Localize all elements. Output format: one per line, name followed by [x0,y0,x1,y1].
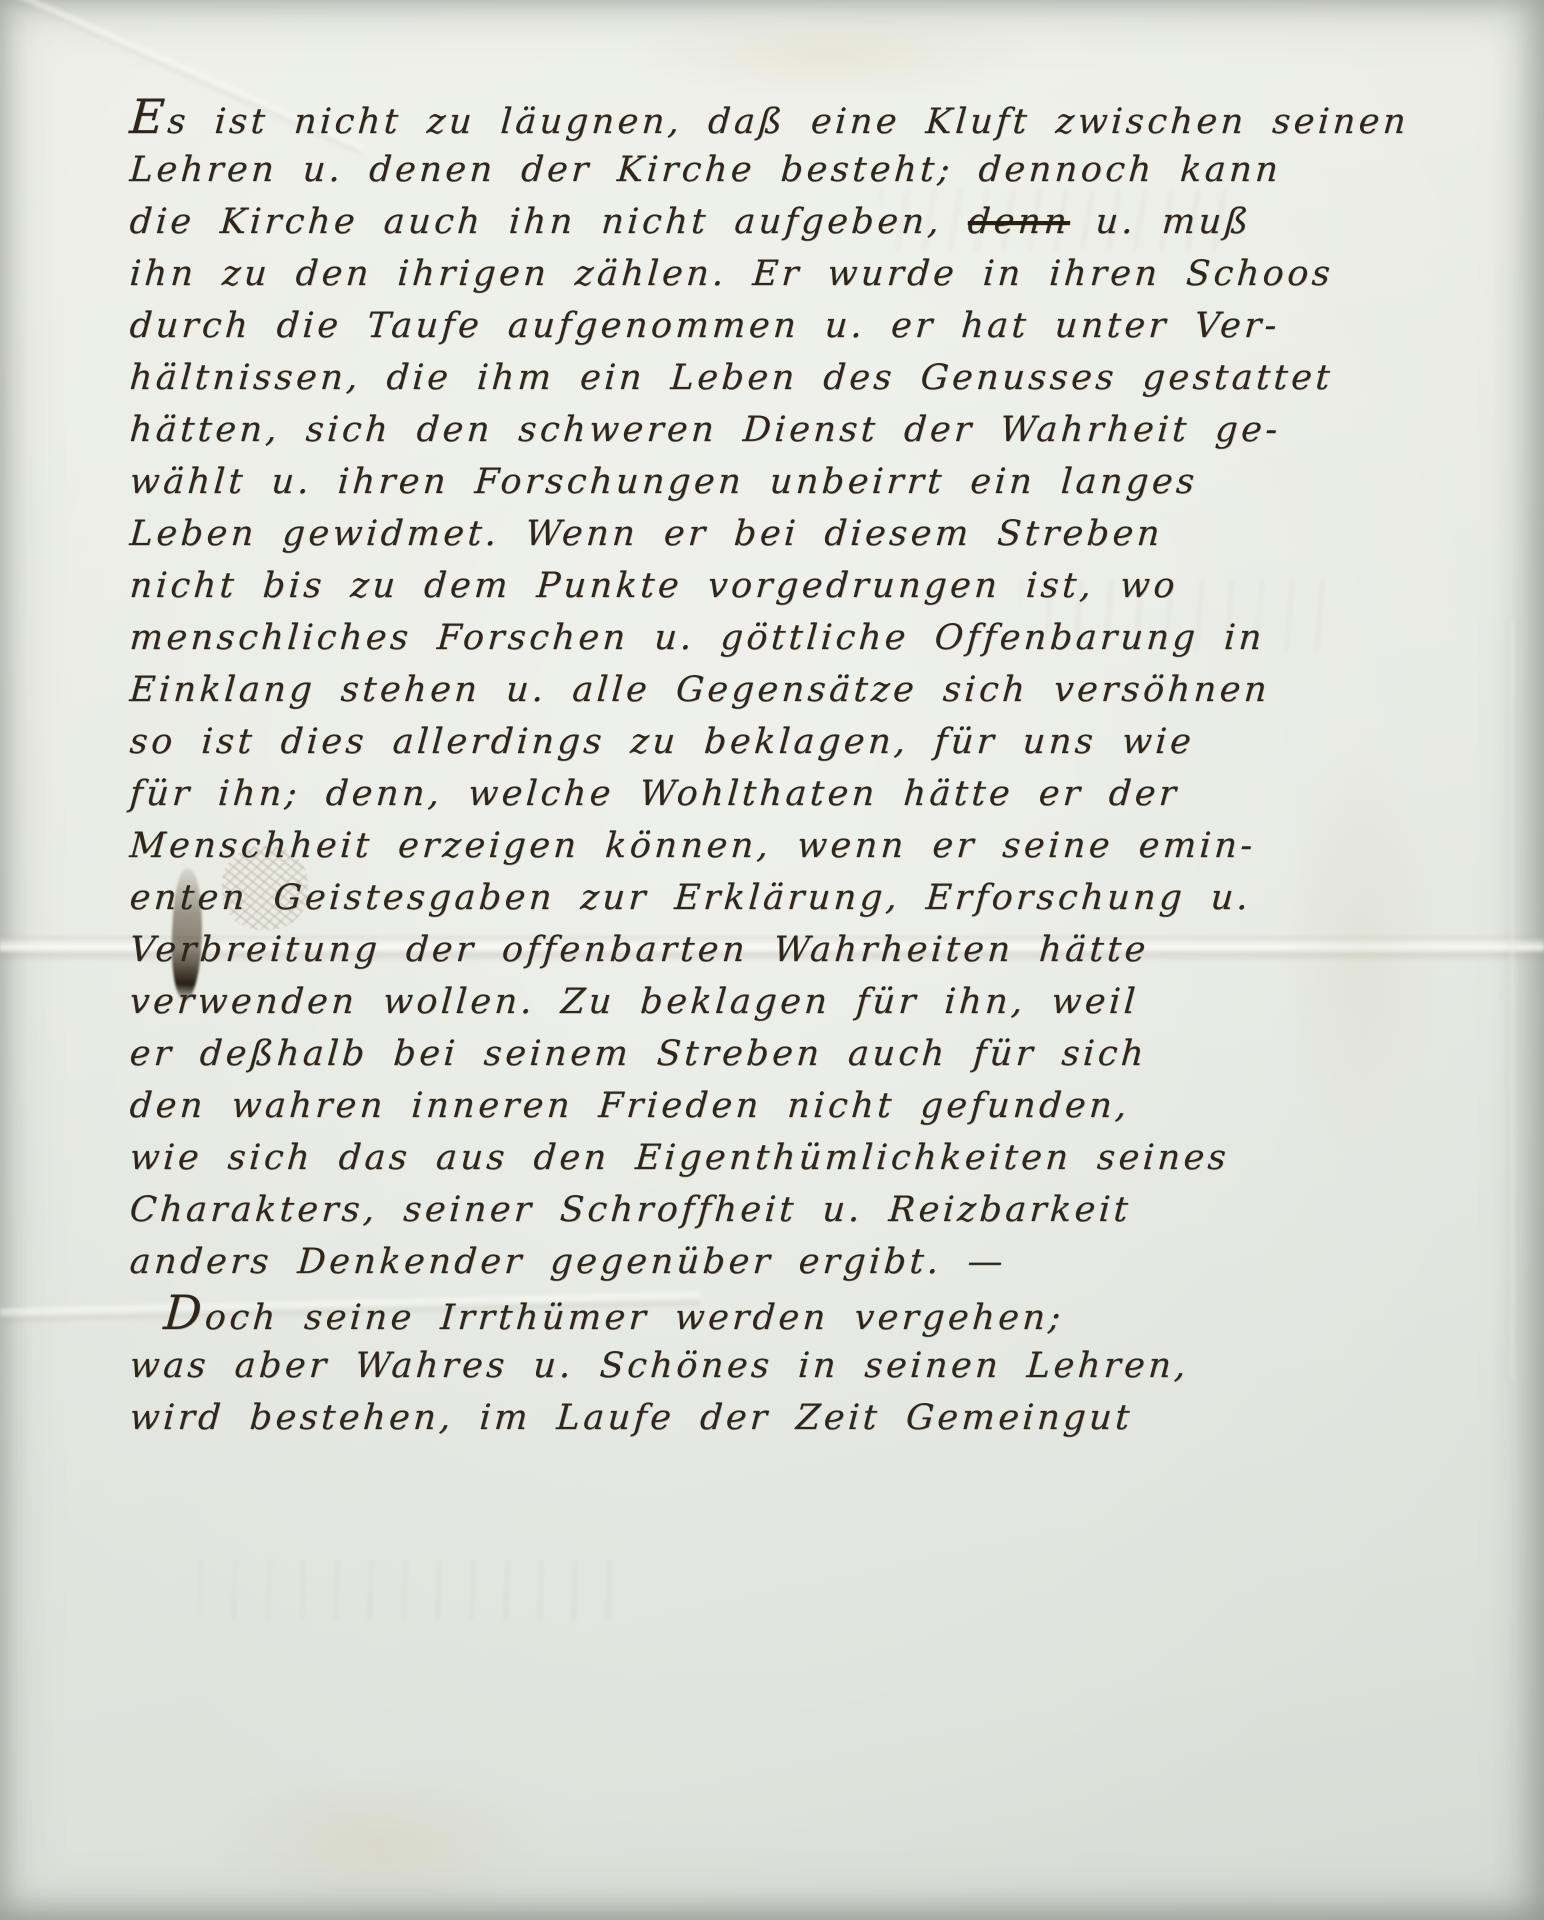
line-text: Lehren u. denen der Kirche besteht; denn… [128,150,1282,190]
ink-bleedthrough-bottom [200,1560,620,1620]
line-text: nicht bis zu dem Punkte vorgedrungen ist… [128,566,1179,606]
letter-line: Leben gewidmet. Wenn er bei diesem Streb… [128,508,1492,560]
letter-line: nicht bis zu dem Punkte vorgedrungen ist… [128,560,1492,612]
crease-right-edge [1508,620,1516,1380]
line-text: u. muß [1069,202,1253,242]
letter-line: verwenden wollen. Zu beklagen für ihn, w… [128,976,1492,1028]
letter-line: die Kirche auch ihn nicht aufgeben, denn… [128,196,1492,248]
letter-line: Menschheit erzeigen können, wenn er sein… [128,820,1492,872]
letter-line: durch die Taufe aufgenommen u. er hat un… [128,300,1492,352]
line-text: für ihn; denn, welche Wohlthaten hätte e… [128,774,1180,814]
letter-page: Es ist nicht zu läugnen, daß eine Kluft … [0,0,1544,1920]
letter-line: so ist dies allerdings zu beklagen, für … [128,716,1492,768]
line-text: was aber Wahres u. Schönes in seinen Leh… [128,1346,1190,1386]
letter-line: Einklang stehen u. alle Gegensätze sich … [128,664,1492,716]
paragraph: Es ist nicht zu läugnen, daß eine Kluft … [128,92,1488,1288]
letter-line: menschliches Forschen u. göttliche Offen… [128,612,1492,664]
letter-line: hätten, sich den schweren Dienst der Wah… [128,404,1492,456]
letter-line: wählt u. ihren Forschungen unbeirrt ein … [128,456,1492,508]
line-text: anders Denkender gegenüber ergibt. — [128,1242,1007,1282]
letter-line: wie sich das aus den Eigenthümlichkeiten… [128,1132,1492,1184]
paper-stain-bottom-left [200,1770,560,1920]
line-text: hätten, sich den schweren Dienst der Wah… [128,410,1282,450]
line-text: verwenden wollen. Zu beklagen für ihn, w… [128,982,1140,1022]
letter-line: den wahren inneren Frieden nicht gefunde… [128,1080,1492,1132]
line-text: er deßhalb bei seinem Streben auch für s… [128,1034,1148,1074]
line-text: Doch seine Irrthümer werden vergehen; [162,1298,1065,1338]
line-text: durch die Taufe aufgenommen u. er hat un… [128,306,1281,346]
line-text: wird bestehen, im Laufe der Zeit Gemeing… [128,1398,1134,1438]
letter-line: Charakters, seiner Schroffheit u. Reizba… [128,1184,1492,1236]
line-text: den wahren inneren Frieden nicht gefunde… [128,1086,1131,1126]
line-text: hältnissen, die ihm ein Leben des Genuss… [128,358,1334,398]
line-text: wie sich das aus den Eigenthümlichkeiten… [128,1138,1230,1178]
line-text: Es ist nicht zu läugnen, daß eine Kluft … [128,102,1410,142]
line-text: Menschheit erzeigen können, wenn er sein… [128,826,1257,866]
letter-line: hältnissen, die ihm ein Leben des Genuss… [128,352,1492,404]
paper-stain-top [620,10,1040,100]
letter-line: was aber Wahres u. Schönes in seinen Leh… [128,1340,1492,1392]
line-text: Verbreitung der offenbarten Wahrheiten h… [128,930,1150,970]
letter-line: enten Geistesgaben zur Erklärung, Erfors… [128,872,1492,924]
letter-line: wird bestehen, im Laufe der Zeit Gemeing… [128,1392,1492,1444]
line-text: menschliches Forschen u. göttliche Offen… [128,618,1266,658]
line-text: wählt u. ihren Forschungen unbeirrt ein … [128,462,1199,502]
letter-line: er deßhalb bei seinem Streben auch für s… [128,1028,1492,1080]
letter-line: Verbreitung der offenbarten Wahrheiten h… [128,924,1492,976]
letter-line: ihn zu den ihrigen zählen. Er wurde in i… [128,248,1492,300]
letter-line: Es ist nicht zu läugnen, daß eine Kluft … [128,92,1492,144]
letter-line: anders Denkender gegenüber ergibt. — [128,1236,1492,1288]
line-text: Leben gewidmet. Wenn er bei diesem Streb… [128,514,1164,554]
struck-word: denn [966,202,1071,242]
letter-line: Lehren u. denen der Kirche besteht; denn… [128,144,1492,196]
paragraph: Doch seine Irrthümer werden vergehen;was… [128,1288,1488,1444]
line-text: Einklang stehen u. alle Gegensätze sich … [128,670,1271,710]
line-text: ihn zu den ihrigen zählen. Er wurde in i… [128,254,1334,294]
line-text: Charakters, seiner Schroffheit u. Reizba… [128,1190,1132,1230]
line-text: die Kirche auch ihn nicht aufgeben, [128,202,969,242]
letter-body: Es ist nicht zu läugnen, daß eine Kluft … [128,92,1488,1444]
letter-line: Doch seine Irrthümer werden vergehen; [128,1288,1492,1340]
letter-line: für ihn; denn, welche Wohlthaten hätte e… [128,768,1492,820]
line-text: enten Geistesgaben zur Erklärung, Erfors… [128,878,1252,918]
line-text: so ist dies allerdings zu beklagen, für … [128,722,1195,762]
